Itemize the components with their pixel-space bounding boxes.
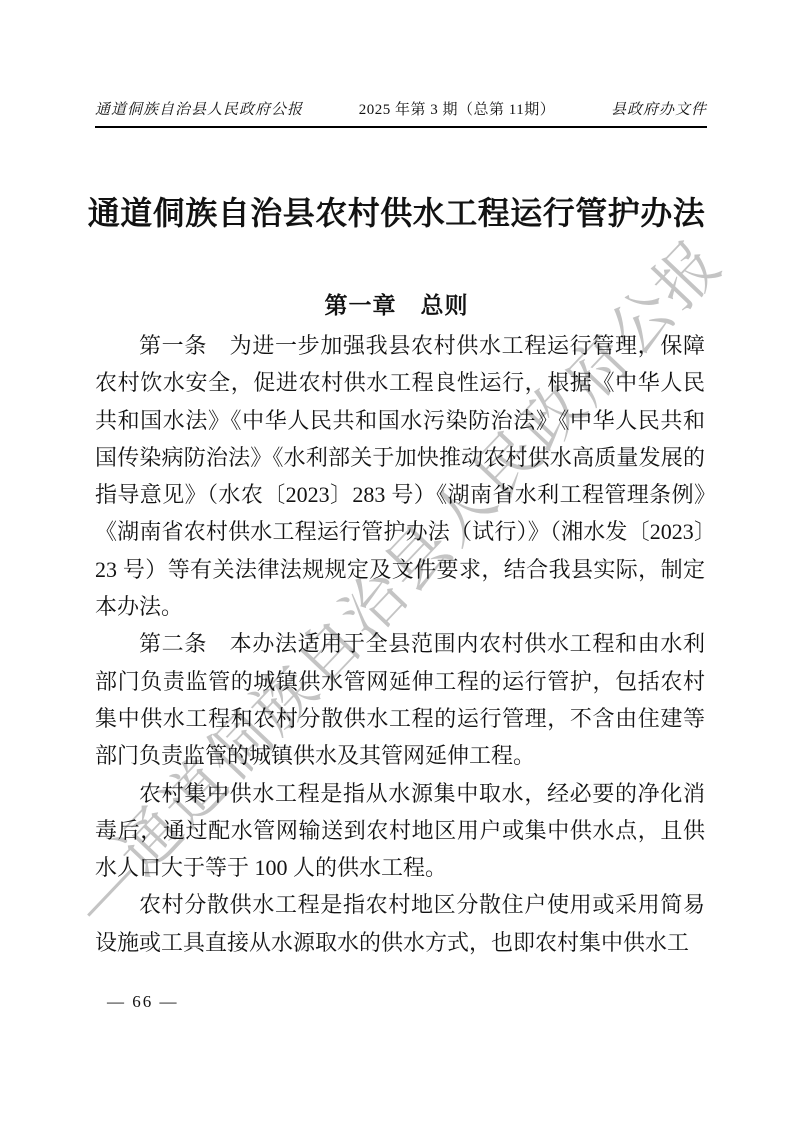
page-header: 通道侗族自治县人民政府公报 2025 年第 3 期（总第 11期） 县政府办文件: [95, 98, 707, 128]
document-body: 第一条 为进一步加强我县农村供水工程运行管理，保障农村饮水安全，促进农村供水工程…: [95, 327, 705, 961]
paragraph-centralized-supply-definition: 农村集中供水工程是指从水源集中取水，经必要的净化消毒后，通过配水管网输送到农村地…: [95, 775, 705, 887]
paragraph-dispersed-supply-definition: 农村分散供水工程是指农村地区分散住户使用或采用简易设施或工具直接从水源取水的供水…: [95, 886, 705, 961]
paragraph-article-2: 第二条 本办法适用于全县范围内农村供水工程和由水利部门负责监管的城镇供水管网延伸…: [95, 625, 705, 774]
page-content: 通道侗族自治县人民政府公报 2025 年第 3 期（总第 11期） 县政府办文件…: [0, 0, 793, 1122]
document-title: 通道侗族自治县农村供水工程运行管护办法: [0, 188, 793, 234]
gazette-page: —通道侗族自治县人民政府公报 通道侗族自治县人民政府公报 2025 年第 3 期…: [0, 0, 793, 1122]
document-category: 县政府办文件: [611, 98, 707, 119]
paragraph-article-1: 第一条 为进一步加强我县农村供水工程运行管理，保障农村饮水安全，促进农村供水工程…: [95, 327, 705, 625]
publication-name: 通道侗族自治县人民政府公报: [95, 98, 303, 119]
page-number: — 66 —: [107, 992, 179, 1012]
chapter-heading: 第一章 总则: [0, 287, 793, 320]
issue-info: 2025 年第 3 期（总第 11期）: [359, 98, 555, 119]
